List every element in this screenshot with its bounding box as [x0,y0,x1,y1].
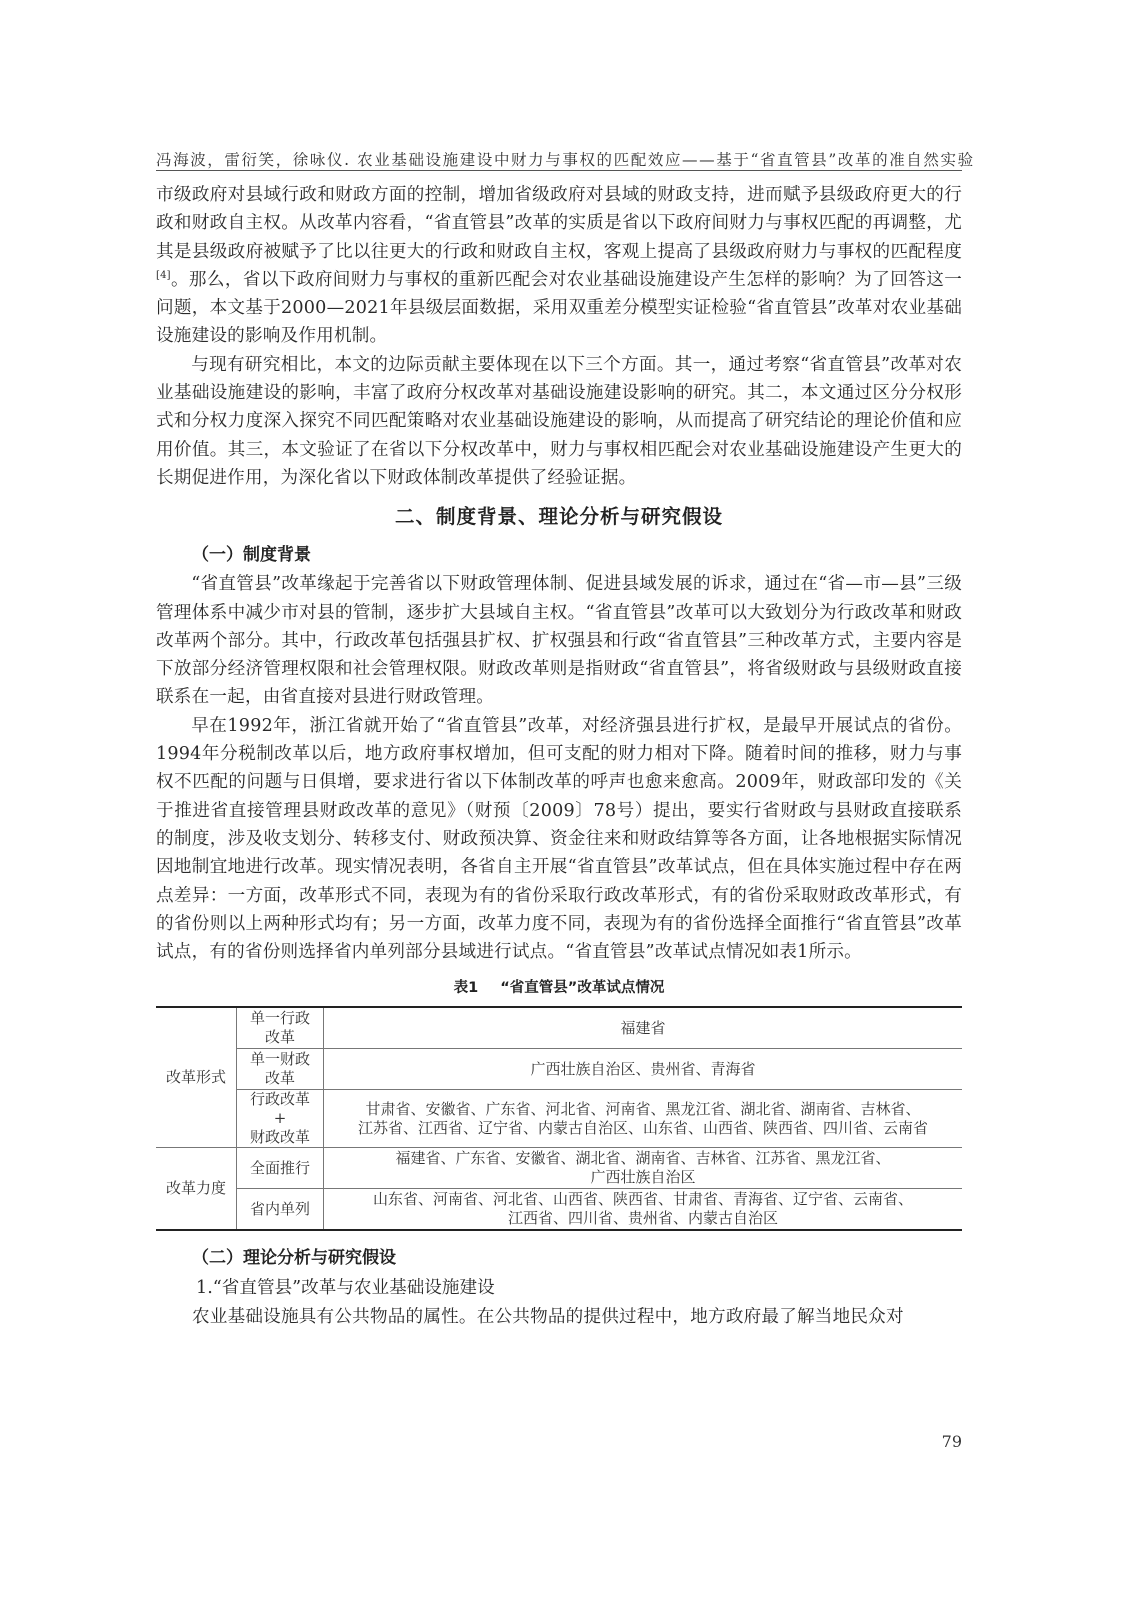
intro-paragraph-2: 与现有研究相比，本文的边际贡献主要体现在以下三个方面。其一，通过考察“省直管县”… [156,351,962,492]
provinces-line: 江西省、四川省、贵州省、内蒙古自治区 [508,1209,778,1227]
type-line: + [274,1109,287,1127]
subsection-title-2: （二）理论分析与研究假设 [156,1243,962,1273]
provinces-line: 山东省、河南省、河北省、山西省、陕西省、甘肃省、青海省、辽宁省、云南省、 [373,1190,913,1208]
table-number: 表1 [454,980,479,996]
section-title: 二、制度背景、理论分析与研究假设 [156,502,962,532]
table-row: 改革形式 单一行政改革 福建省 [156,1007,962,1049]
intro-p1-text-a: 市级政府对县域行政和财政方面的控制，增加省级政府对县域的财政支持，进而赋予县级政… [156,185,962,262]
group-label: 改革形式 [156,1007,237,1148]
page-number: 79 [912,1432,962,1451]
table-row: 行政改革+财政改革 甘肃省、安徽省、广东省、河北省、河南省、黑龙江省、湖北省、湖… [156,1090,962,1148]
provinces-line: 广西壮族自治区 [590,1168,695,1186]
table-caption: 表1“省直管县”改革试点情况 [156,978,962,998]
table-title: “省直管县”改革试点情况 [500,980,664,996]
citation-ref: [4] [156,270,171,281]
provinces-line: 福建省、广东省、安徽省、湖北省、湖南省、吉林省、江苏省、黑龙江省、 [395,1149,890,1167]
provinces-cell: 山东省、河南省、河北省、山西省、陕西省、甘肃省、青海省、辽宁省、云南省、江西省、… [324,1189,963,1231]
type-cell: 单一财政改革 [237,1049,324,1090]
type-line: 改革 [265,1028,295,1046]
type-line: 行政改革 [250,1090,310,1108]
table-row: 改革力度 全面推行 福建省、广东省、安徽省、湖北省、湖南省、吉林省、江苏省、黑龙… [156,1148,962,1189]
item-title: 1.“省直管县”改革与农业基础设施建设 [156,1273,962,1303]
header-rule [156,170,962,171]
subsection-title-1: （一）制度背景 [156,540,962,570]
type-line: 单一财政 [250,1050,310,1068]
body-text: 市级政府对县域行政和财政方面的控制，增加省级政府对县域的财政支持，进而赋予县级政… [156,181,962,1332]
group-label: 改革力度 [156,1148,237,1231]
type-cell: 全面推行 [237,1148,324,1189]
provinces-line: 江苏省、江西省、辽宁省、内蒙古自治区、山东省、山西省、陕西省、四川省、云南省 [358,1119,928,1137]
table-row: 单一财政改革 广西壮族自治区、贵州省、青海省 [156,1049,962,1090]
type-cell: 省内单列 [237,1189,324,1231]
intro-paragraph-1: 市级政府对县域行政和财政方面的控制，增加省级政府对县域的财政支持，进而赋予县级政… [156,181,962,351]
section2-sub2-paragraph: 农业基础设施具有公共物品的属性。在公共物品的提供过程中，地方政府最了解当地民众对 [156,1303,962,1331]
type-cell: 单一行政改革 [237,1007,324,1049]
table-row: 省内单列 山东省、河南省、河北省、山西省、陕西省、甘肃省、青海省、辽宁省、云南省… [156,1189,962,1231]
section2-paragraph-2: 早在1992年，浙江省就开始了“省直管县”改革，对经济强县进行扩权，是最早开展试… [156,712,962,967]
provinces-cell: 福建省 [324,1007,963,1049]
type-cell: 行政改革+财政改革 [237,1090,324,1148]
provinces-cell: 甘肃省、安徽省、广东省、河北省、河南省、黑龙江省、湖北省、湖南省、吉林省、江苏省… [324,1090,963,1148]
provinces-cell: 福建省、广东省、安徽省、湖北省、湖南省、吉林省、江苏省、黑龙江省、广西壮族自治区 [324,1148,963,1189]
intro-p1-text-b: 。那么，省以下政府间财力与事权的重新匹配会对农业基础设施建设产生怎样的影响？为了… [156,270,962,347]
reform-pilot-table: 改革形式 单一行政改革 福建省 单一财政改革 广西壮族自治区、贵州省、青海省 行… [156,1006,962,1231]
section2-paragraph-1: “省直管县”改革缘起于完善省以下财政管理体制、促进县域发展的诉求，通过在“省—市… [156,570,962,711]
type-line: 财政改革 [250,1128,310,1146]
provinces-cell: 广西壮族自治区、贵州省、青海省 [324,1049,963,1090]
type-line: 单一行政 [250,1009,310,1027]
type-line: 改革 [265,1069,295,1087]
running-head: 冯海波，雷衍笑，徐咏仪. 农业基础设施建设中财力与事权的匹配效应——基于“省直管… [156,148,962,170]
provinces-line: 甘肃省、安徽省、广东省、河北省、河南省、黑龙江省、湖北省、湖南省、吉林省、 [365,1100,920,1118]
